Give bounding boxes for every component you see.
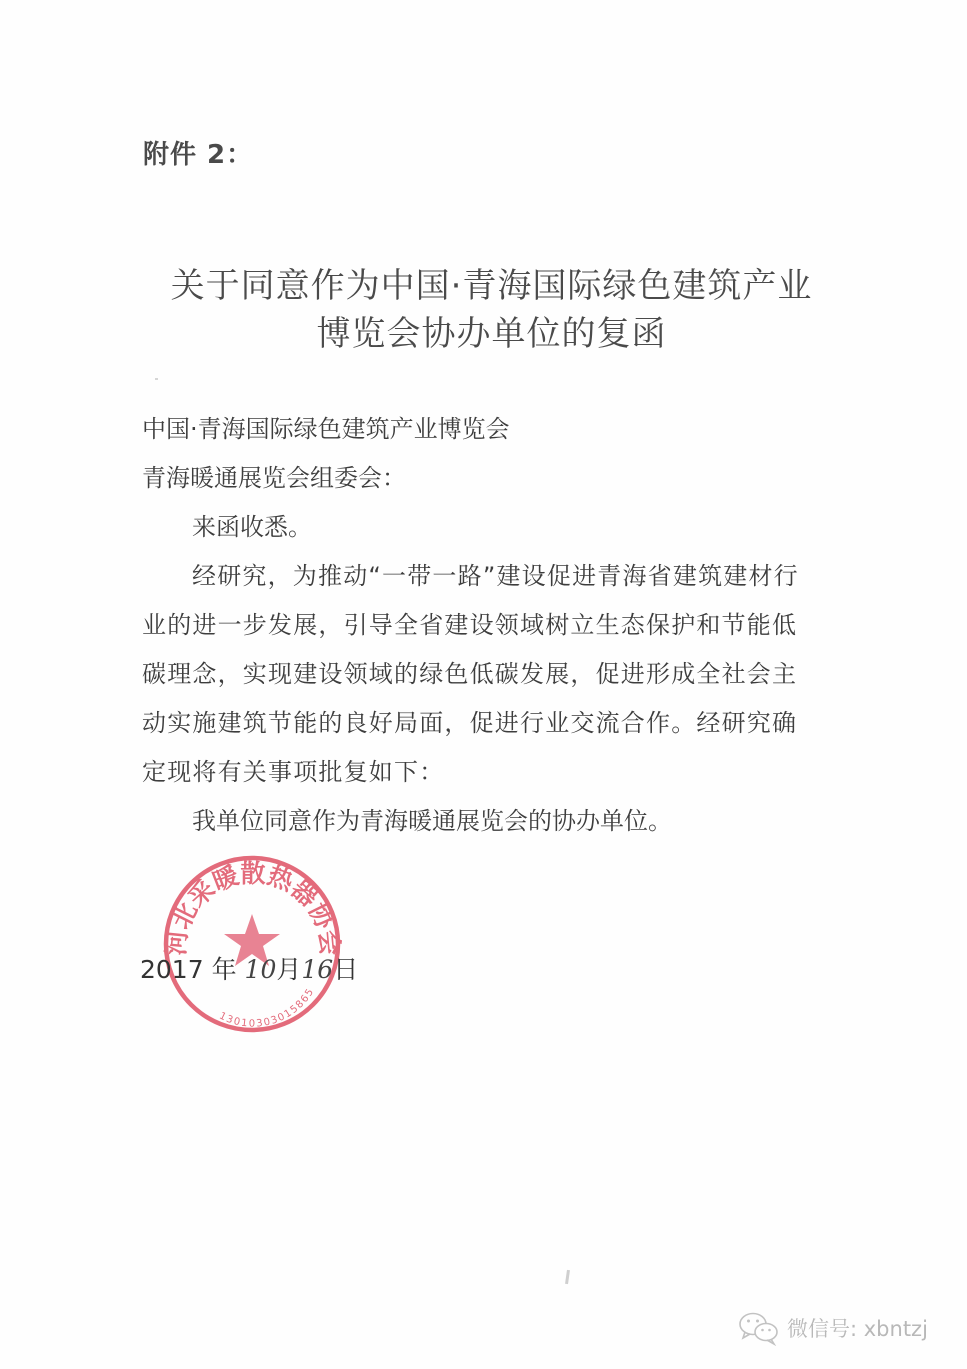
attachment-label: 附件 2： <box>143 134 253 171</box>
paragraph-decision: 经研究，为推动“一带一路”建设促进青海省建筑建材行 业的进一步发展，引导全省建设… <box>142 552 822 797</box>
scan-mark <box>565 1270 570 1284</box>
date-year-unit: 年 <box>212 955 237 984</box>
paragraph-acknowledgement: 来函收悉。 <box>142 503 822 552</box>
date-day-handwritten: 16 <box>301 955 333 984</box>
official-seal-icon: 河北采暖散热器协会 13010303015865 <box>158 852 346 1037</box>
paragraph-line: 碳理念，实现建设领域的绿色低碳发展，促进形成全社会主 <box>142 650 822 699</box>
date-day-unit: 日 <box>333 955 358 984</box>
paragraph-agreement: 我单位同意作为青海暖通展览会的协办单位。 <box>142 797 822 846</box>
date-year: 2017 <box>140 955 204 984</box>
document-title-line2: 博览会协办单位的复函 <box>8 306 967 355</box>
wechat-watermark: 微信号: xbntzj <box>737 1310 928 1346</box>
document-date: 2017 年 10月16日 <box>140 950 358 986</box>
addressee-line2: 青海暖通展览会组委会： <box>142 454 822 503</box>
paragraph-line: 业的进一步发展，引导全省建设领域树立生态保护和节能低 <box>142 601 822 650</box>
watermark-text: 微信号: xbntzj <box>787 1313 928 1343</box>
addressee-line1: 中国·青海国际绿色建筑产业博览会 <box>142 405 822 454</box>
paragraph-line: 动实施建筑节能的良好局面，促进行业交流合作。经研究确 <box>142 699 822 748</box>
wechat-icon <box>737 1310 781 1346</box>
paragraph-line: 经研究，为推动“一带一路”建设促进青海省建筑建材行 <box>142 552 822 601</box>
scan-speck <box>155 378 158 380</box>
seal-code-text: 13010303015865 <box>217 986 317 1030</box>
svg-text:13010303015865: 13010303015865 <box>217 986 317 1030</box>
date-month-unit: 月 <box>276 955 301 984</box>
date-month-handwritten: 10 <box>245 955 277 984</box>
paragraph-line: 定现将有关事项批复如下： <box>142 748 822 797</box>
document-title-line1: 关于同意作为中国·青海国际绿色建筑产业 <box>8 258 967 307</box>
document-page: 附件 2： 关于同意作为中国·青海国际绿色建筑产业 博览会协办单位的复函 中国·… <box>0 0 967 1369</box>
